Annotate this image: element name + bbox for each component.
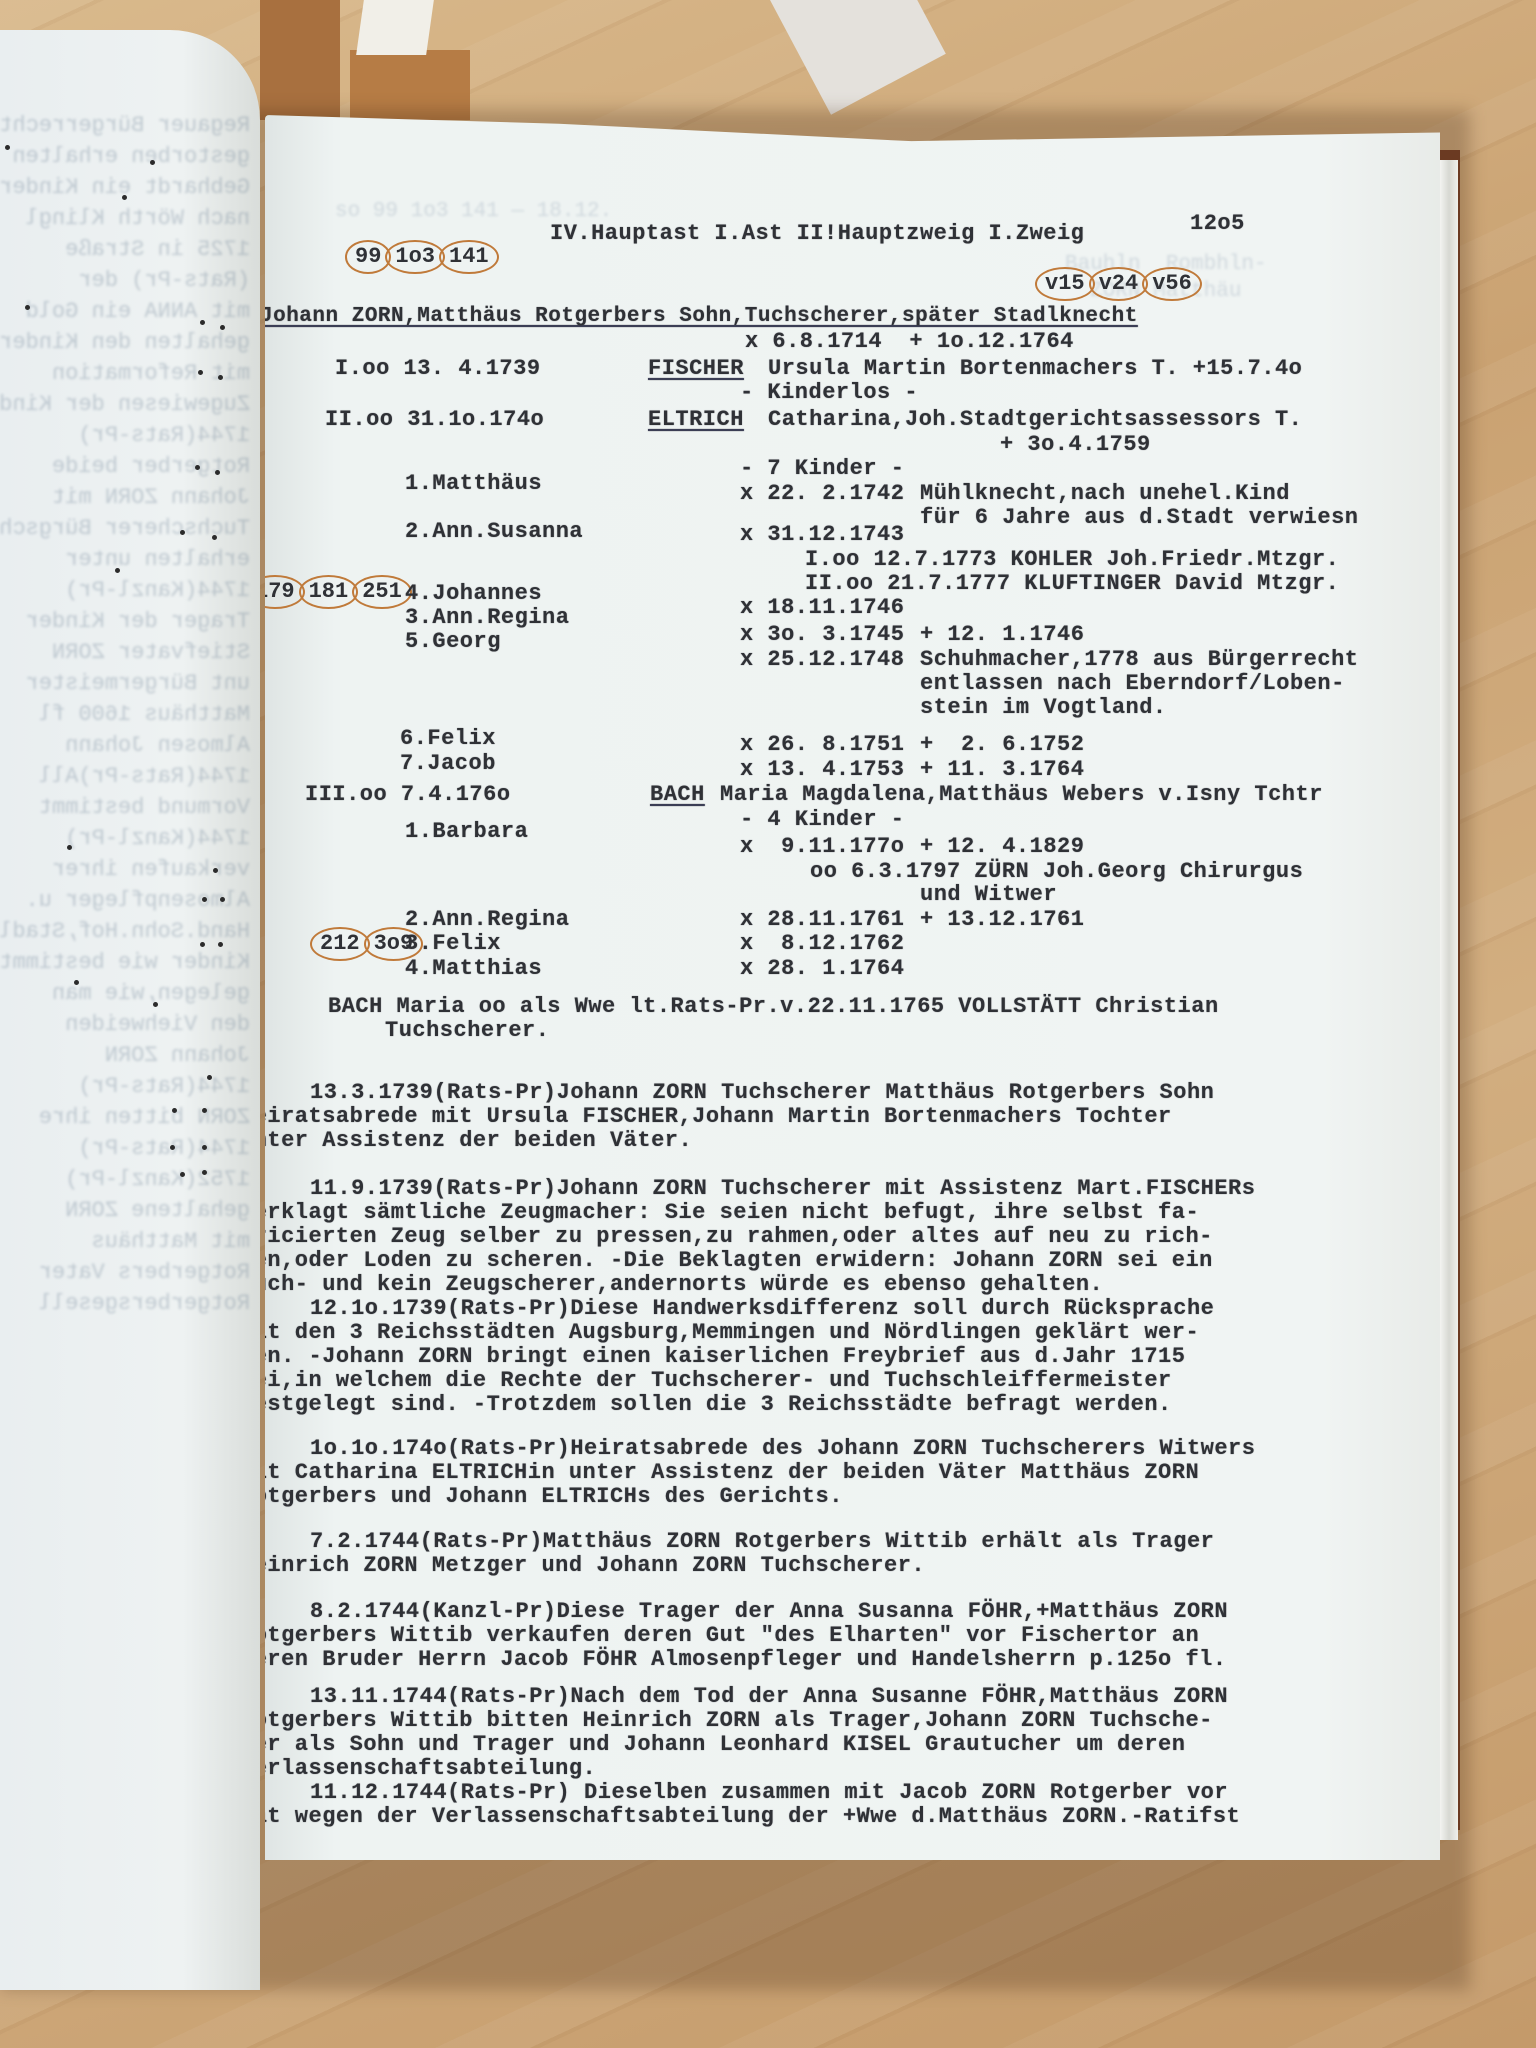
person-title-line: Johann ZORN,Matthäus Rotgerbers Sohn,Tuc… bbox=[260, 305, 1138, 329]
punch-dot bbox=[215, 470, 220, 475]
child-name: 4.Matthias bbox=[405, 957, 542, 981]
child-born: x 25.12.1748 bbox=[740, 648, 904, 672]
child-death: + 12. 4.1829 bbox=[920, 835, 1084, 859]
child-death: + 2. 6.1752 bbox=[920, 733, 1084, 757]
marriage-3-children-note: - 4 Kinder - bbox=[740, 808, 904, 832]
entry-line: Rotgerbers und Johann ELTRICHs des Geric… bbox=[240, 1485, 843, 1509]
circled-ref: 212 bbox=[310, 927, 370, 961]
marriage-1-label: I.oo 13. 4.1739 bbox=[335, 357, 541, 381]
child-note: stein im Vogtland. bbox=[920, 696, 1167, 720]
punch-dot bbox=[180, 530, 185, 535]
child-name: 5.Georg bbox=[405, 630, 501, 654]
punch-dot bbox=[212, 535, 217, 540]
marriage-1-children-note: - Kinderlos - bbox=[740, 381, 918, 405]
marriage-2-label: II.oo 31.1o.174o bbox=[325, 408, 544, 432]
punch-dot bbox=[67, 845, 72, 850]
entry-line: Heinrich ZORN Metzger und Johann ZORN Tu… bbox=[240, 1554, 925, 1578]
entry-line: deren Bruder Herrn Jacob FÖHR Almosenpfl… bbox=[240, 1648, 1227, 1672]
entry-line: Heiratsabrede mit Ursula FISCHER,Johann … bbox=[240, 1105, 1172, 1129]
child-marriage: oo 6.3.1797 ZÜRN Joh.Georg Chirurgus bbox=[810, 860, 1303, 884]
child-marriage: II.oo 21.7.1777 KLUFTINGER David Mtzgr. bbox=[805, 572, 1339, 596]
circled-ref: v56 bbox=[1142, 267, 1202, 301]
punch-dot bbox=[198, 370, 203, 375]
entry-line: ten,oder Loden zu scheren. -Die Beklagte… bbox=[240, 1249, 1213, 1273]
punch-dot bbox=[200, 320, 205, 325]
section-header: IV.Hauptast I.Ast II!Hauptzweig I.Zweig bbox=[550, 222, 1084, 246]
punch-dot bbox=[122, 195, 127, 200]
child-name: 2.Ann.Regina bbox=[405, 908, 569, 932]
left-page-bleedthrough-text: Regauer Bürgerrecht gestorben erhalten k… bbox=[0, 110, 250, 1319]
child-marriage: und Witwer bbox=[920, 883, 1057, 907]
punch-dot bbox=[220, 897, 225, 902]
marriage-2-spouse: Catharina,Joh.Stadtgerichtsassessors T. bbox=[768, 408, 1302, 432]
page-number: 12o5 bbox=[1190, 212, 1245, 236]
punch-dot bbox=[170, 1145, 175, 1150]
index-card-stack bbox=[260, 0, 340, 120]
child-born: x 3o. 3.1745 bbox=[740, 623, 904, 647]
child-born: x 9.11.177o bbox=[740, 835, 904, 859]
child-born: x 13. 4.1753 bbox=[740, 758, 904, 782]
punch-dot bbox=[218, 375, 223, 380]
entry-line: Rotgerbers Wittib verkaufen deren Gut "d… bbox=[240, 1624, 1199, 1648]
child-born: x 18.11.1746 bbox=[740, 596, 904, 620]
punch-dot bbox=[172, 1108, 177, 1113]
child-note: Schuhmacher,1778 aus Bürgerrecht bbox=[920, 648, 1358, 672]
circled-ref: 141 bbox=[439, 240, 499, 274]
child-note: entlassen nach Eberndorf/Loben- bbox=[920, 672, 1345, 696]
circled-refs-right: v15 v24 v56 bbox=[1035, 267, 1196, 301]
child-born: x 22. 2.1742 bbox=[740, 482, 904, 506]
paper-slip bbox=[356, 0, 434, 55]
circled-ref: v24 bbox=[1089, 267, 1149, 301]
birth-death-dates: x 6.8.1714 + 1o.12.1764 bbox=[745, 330, 1074, 354]
punch-dot bbox=[150, 160, 155, 165]
circled-ref: 251 bbox=[352, 575, 412, 609]
child-born: x 8.12.1762 bbox=[740, 932, 904, 956]
entry-line: mit den 3 Reichsstädten Augsburg,Memming… bbox=[240, 1321, 1199, 1345]
punch-dot bbox=[180, 1172, 185, 1177]
child-death: + 11. 3.1764 bbox=[920, 758, 1084, 782]
entry-line: Verlassenschaftsabteilung. bbox=[240, 1757, 596, 1781]
punch-dot bbox=[202, 1145, 207, 1150]
punch-dot bbox=[202, 1170, 207, 1175]
entry-line: 8.2.1744(Kanzl-Pr)Diese Trager der Anna … bbox=[310, 1600, 1228, 1624]
punch-dot bbox=[200, 942, 205, 947]
punch-dot bbox=[74, 980, 79, 985]
entry-line: den. -Johann ZORN bringt einen kaiserlic… bbox=[240, 1345, 1185, 1369]
marriage-3-label: III.oo 7.4.176o bbox=[305, 783, 511, 807]
child-born: x 28.11.1761 bbox=[740, 908, 904, 932]
bleedthrough-text: so 99 1o3 141 — 18.12. bbox=[335, 200, 612, 223]
punch-dot bbox=[202, 1108, 207, 1113]
child-note: Mühlknecht,nach unehel.Kind bbox=[920, 482, 1290, 506]
punch-dot bbox=[25, 305, 30, 310]
child-death: + 13.12.1761 bbox=[920, 908, 1084, 932]
punch-dot bbox=[5, 145, 10, 150]
entry-line: 1o.1o.174o(Rats-Pr)Heiratsabrede des Joh… bbox=[310, 1437, 1255, 1461]
child-name: 6.Felix bbox=[400, 727, 496, 751]
entry-line: bei,in welchem die Rechte der Tuchschere… bbox=[240, 1369, 1172, 1393]
punch-dot bbox=[202, 897, 207, 902]
entry-line: 13.11.1744(Rats-Pr)Nach dem Tod der Anna… bbox=[310, 1685, 1228, 1709]
entry-line: festgelegt sind. -Trotzdem sollen die 3 … bbox=[240, 1393, 1172, 1417]
entry-line: rer als Sohn und Trager und Johann Leonh… bbox=[240, 1733, 1185, 1757]
entry-line: bricierten Zeug selber zu pressen,zu rah… bbox=[240, 1225, 1213, 1249]
child-death: + 12. 1.1746 bbox=[920, 623, 1084, 647]
entry-line: Rotgerbers Wittib bitten Heinrich ZORN a… bbox=[240, 1709, 1213, 1733]
child-name: 1.Matthäus bbox=[405, 472, 542, 496]
marriage-2-surname: ELTRICH bbox=[648, 408, 744, 432]
child-name: 2.Ann.Susanna bbox=[405, 520, 583, 544]
entry-line: 7.2.1744(Rats-Pr)Matthäus ZORN Rotgerber… bbox=[310, 1530, 1214, 1554]
widow-note: Tuchscherer. bbox=[385, 1019, 549, 1043]
marriage-2-death: + 3o.4.1759 bbox=[1000, 433, 1151, 457]
child-name: 4.Johannes bbox=[405, 582, 542, 606]
entry-line: 13.3.1739(Rats-Pr)Johann ZORN Tuchschere… bbox=[310, 1081, 1214, 1105]
circled-ref: 1o3 bbox=[385, 240, 445, 274]
circled-ref: 181 bbox=[299, 575, 359, 609]
marriage-1-spouse: Ursula Martin Bortenmachers T. +15.7.4o bbox=[768, 357, 1302, 381]
child-name: 3.Ann.Regina bbox=[405, 606, 569, 630]
right-page[interactable]: so 99 1o3 141 — 18.12. Bauhln Rombhln- Z… bbox=[265, 115, 1440, 1860]
genealogy-record: so 99 1o3 141 — 18.12. Bauhln Rombhln- Z… bbox=[265, 115, 1440, 1860]
entry-line: mit Catharina ELTRICHin unter Assistenz … bbox=[240, 1461, 1199, 1485]
punch-dot bbox=[218, 942, 223, 947]
left-page[interactable]: Regauer Bürgerrecht gestorben erhalten k… bbox=[0, 30, 260, 1990]
entry-line: Tuch- und kein Zeugscherer,andernorts wü… bbox=[240, 1273, 1103, 1297]
child-born: x 28. 1.1764 bbox=[740, 957, 904, 981]
marriage-3-spouse: Maria Magdalena,Matthäus Webers v.Isny T… bbox=[720, 783, 1323, 807]
child-name: 3.Felix bbox=[405, 932, 501, 956]
child-born: x 31.12.1743 bbox=[740, 523, 904, 547]
child-marriage: I.oo 12.7.1773 KOHLER Joh.Friedr.Mtzgr. bbox=[805, 548, 1339, 572]
punch-dot bbox=[153, 1002, 158, 1007]
circled-refs-left: 99 1o3 141 bbox=[345, 240, 493, 274]
child-born: x 26. 8.1751 bbox=[740, 733, 904, 757]
child-name: 1.Barbara bbox=[405, 820, 528, 844]
punch-dot bbox=[213, 868, 218, 873]
entry-line: 11.9.1739(Rats-Pr)Johann ZORN Tuchschere… bbox=[310, 1177, 1255, 1201]
page-stack-edge bbox=[1440, 160, 1458, 1840]
punch-dot bbox=[115, 568, 120, 573]
child-name: 7.Jacob bbox=[400, 752, 496, 776]
circled-refs-johannes: 179 181 251 bbox=[245, 575, 406, 609]
punch-dot bbox=[207, 1075, 212, 1080]
entry-line: verklagt sämtliche Zeugmacher: Sie seien… bbox=[240, 1201, 1199, 1225]
punch-dot bbox=[220, 325, 225, 330]
circled-refs-felix: 212 3o9 bbox=[310, 927, 417, 961]
child-note: für 6 Jahre aus d.Stadt verwiesn bbox=[920, 506, 1358, 530]
punch-dot bbox=[195, 465, 200, 470]
entry-line: unter Assistenz der beiden Väter. bbox=[240, 1129, 692, 1153]
entry-line: 12.1o.1739(Rats-Pr)Diese Handwerksdiffer… bbox=[310, 1297, 1214, 1321]
entry-line: 11.12.1744(Rats-Pr) Dieselben zusammen m… bbox=[310, 1781, 1228, 1805]
marriage-3-surname: BACH bbox=[650, 783, 705, 807]
marriage-1-surname: FISCHER bbox=[648, 357, 744, 381]
entry-line: Rat wegen der Verlassenschaftsabteilung … bbox=[240, 1805, 1240, 1829]
circled-ref: v15 bbox=[1035, 267, 1095, 301]
marriage-2-children-note: - 7 Kinder - bbox=[740, 457, 904, 481]
widow-note: BACH Maria oo als Wwe lt.Rats-Pr.v.22.11… bbox=[328, 995, 1219, 1019]
